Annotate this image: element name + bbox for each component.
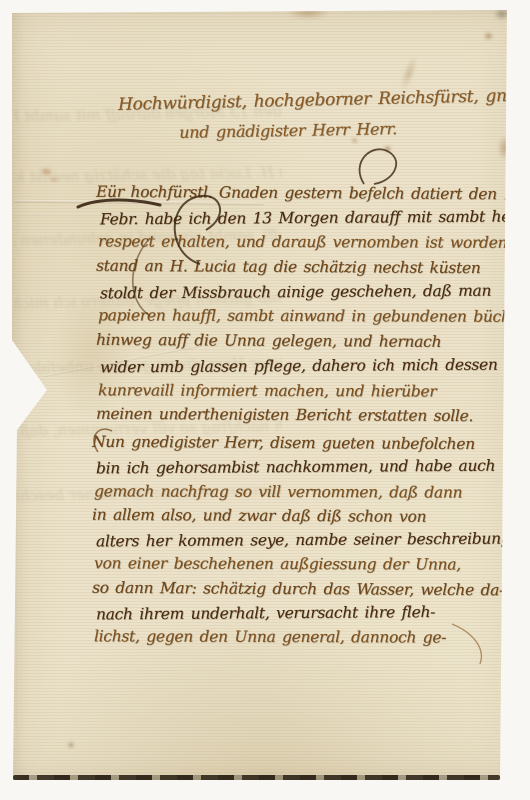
letter-paragraph-1: Eür hochfürstl. Gnaden gestern befelch d… [96, 184, 500, 431]
manuscript-line: papieren hauffl, sambt ainwand in gebund… [98, 307, 500, 333]
manuscript-line: alters her kommen seye, nambe seiner bes… [96, 530, 500, 557]
salutation-line: und gnädigister Herr Herr. [118, 113, 458, 149]
manuscript-line: bin ich gehorsambist nachkommen, und hab… [96, 457, 500, 484]
manuscript-line: hinweg auff die Unna gelegen, und hernac… [96, 331, 500, 358]
manuscript-line: stoldt der Missbrauch ainige geschehen, … [100, 281, 500, 308]
showthrough-line: gemach nachfrag so vill vernommen, daß d… [14, 416, 282, 443]
ink-stain [286, 4, 330, 20]
manuscript-line: von einer beschehenen außgiessung der Un… [94, 555, 500, 581]
showthrough-line: alters her kommen seye, nambe seiner bes… [14, 480, 282, 507]
manuscript-line: Febr. habe ich den 13 Morgen darauff mit… [100, 207, 500, 234]
manuscript-line: stand an H. Lucia tag die schätzig nechs… [96, 257, 500, 284]
fold-crease [14, 214, 194, 216]
manuscript-line: wider umb glassen pflege, dahero ich mic… [100, 355, 500, 382]
manuscript-line: nach ihrem underhalt, verursacht ihre fl… [96, 603, 500, 630]
scan-bottom-edge-shadow [13, 775, 500, 780]
showthrough-line: stand an H. Lucia tag die schätzig nechs… [14, 162, 282, 189]
fox-spot [484, 32, 493, 40]
fold-crease [43, 345, 200, 377]
manuscript-line: Eür hochfürstl. Gnaden gestern befelch d… [96, 183, 500, 210]
fox-spot [352, 138, 357, 143]
letter-salutation: Hochwürdigist, hochgeborner Reichsfürst,… [118, 86, 458, 146]
fox-spot [40, 168, 52, 175]
manuscript-line: lichst, gegen den Unna general, dannoch … [94, 628, 500, 654]
corner-smudge [494, 8, 510, 20]
ink-flourish-strokes [0, 0, 530, 800]
manuscript-paper-sheet: Febr. habe ich den 13 Morgen darauff mit… [0, 0, 530, 800]
fox-spot [384, 146, 391, 152]
letter-paragraph-2: Nun gnedigister Herr, disem gueten unbef… [92, 434, 500, 653]
manuscript-line: meinen underthenigisten Bericht erstatte… [96, 405, 500, 432]
manuscript-line: respect erhalten, und darauß vernomben i… [98, 233, 500, 259]
salutation-line: Hochwürdigist, hochgeborner Reichsfürst,… [118, 82, 459, 120]
showthrough-line: Nun gnedigister Herr, disem gueten unbef… [14, 352, 282, 379]
showthrough-line: Febr. habe ich den 13 Morgen darauff mit… [14, 100, 282, 127]
showthrough-line: wider umb glassen pflege, dahero ich mic… [14, 288, 282, 315]
fox-spot [68, 742, 74, 748]
manuscript-line: so dann Mar: schätzig durch das Wasser, … [92, 579, 500, 606]
manuscript-line: gemach nachfrag so vill vernommen, daß d… [94, 482, 500, 508]
scanned-manuscript-page: Febr. habe ich den 13 Morgen darauff mit… [0, 0, 530, 800]
fold-crease [14, 200, 264, 206]
showthrough-line: papieren hauffl, sambt ainwand in gebund… [14, 224, 282, 251]
fold-crease [14, 420, 164, 422]
manuscript-line: in allem also, und zwar daß diß schon vo… [92, 506, 500, 533]
edge-stain [498, 136, 512, 160]
water-stain [52, 290, 132, 420]
manuscript-line: Nun gnedigister Herr, disem gueten unbef… [92, 433, 500, 460]
fox-spot [50, 177, 58, 182]
faint-stain [398, 55, 419, 90]
verso-showthrough: Febr. habe ich den 13 Morgen darauff mit… [14, 96, 282, 546]
manuscript-line: kunrevaill informiert machen, und hierüb… [98, 381, 500, 407]
